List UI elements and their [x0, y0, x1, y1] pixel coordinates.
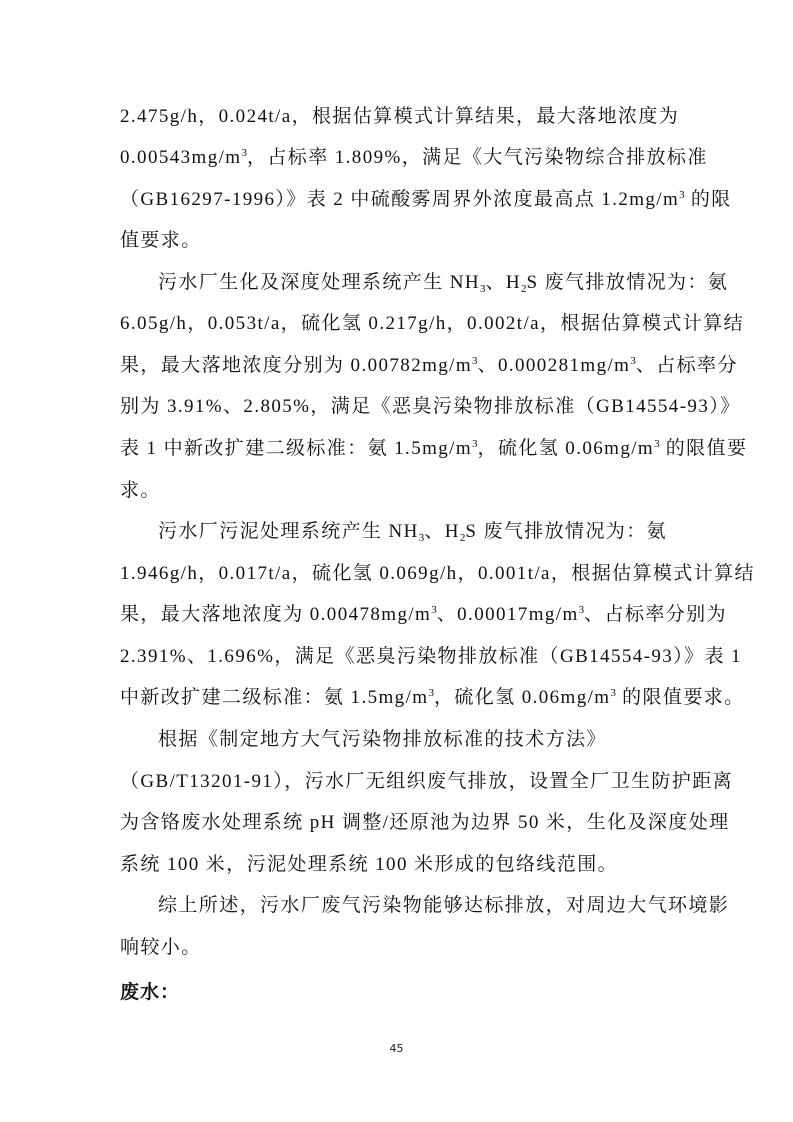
page-number: 45	[0, 1042, 793, 1055]
paragraph-line: 2.391%、1.696%，满足《恶臭污染物排放标准（GB14554-93）》表…	[120, 645, 673, 669]
paragraph-line: 表 1 中新改扩建二级标准：氨 1.5mg/m3，硫化氢 0.06mg/m3 的…	[120, 437, 673, 463]
paragraph-line: 0.00543mg/m3，占标率 1.809%，满足《大气污染物综合排放标准	[120, 146, 673, 172]
paragraph-line: 果，最大落地浓度为 0.00478mg/m3、0.00017mg/m3、占标率分…	[120, 603, 673, 629]
paragraph-line: 中新改扩建二级标准：氨 1.5mg/m3，硫化氢 0.06mg/m3 的限值要求…	[120, 686, 673, 712]
paragraph-line: 6.05g/h，0.053t/a，硫化氢 0.217g/h，0.002t/a，根…	[120, 312, 673, 336]
paragraph-line: 根据《制定地方大气污染物排放标准的技术方法》	[158, 728, 673, 752]
paragraph-line: 综上所述，污水厂废气污染物能够达标排放，对周边大气环境影	[158, 894, 673, 918]
paragraph-line: （GB16297-1996）》表 2 中硫酸雾周界外浓度最高点 1.2mg/m3…	[120, 188, 673, 214]
paragraph-line: 污水厂生化及深度处理系统产生 NH3、H2S 废气排放情况为：氨	[158, 271, 673, 297]
document-page: 2.475g/h，0.024t/a，根据估算模式计算结果，最大落地浓度为 0.0…	[0, 0, 793, 1122]
paragraph-line: 果，最大落地浓度分别为 0.00782mg/m3、0.000281mg/m3、占…	[120, 354, 673, 380]
paragraph-line: 1.946g/h，0.017t/a，硫化氢 0.069g/h，0.001t/a，…	[120, 562, 673, 586]
paragraph-line: 2.475g/h，0.024t/a，根据估算模式计算结果，最大落地浓度为	[120, 105, 673, 129]
paragraph-line: 系统 100 米，污泥处理系统 100 米形成的包络线范围。	[120, 853, 673, 877]
section-heading: 废水：	[120, 977, 180, 1004]
paragraph-line: 为含铬废水处理系统 pH 调整/还原池为边界 50 米，生化及深度处理	[120, 811, 673, 835]
paragraph-line: 污水厂污泥处理系统产生 NH3、H2S 废气排放情况为：氨	[158, 520, 673, 546]
paragraph-line: （GB/T13201-91），污水厂无组织废气排放，设置全厂卫生防护距离	[120, 770, 673, 794]
paragraph-line: 求。	[120, 479, 673, 503]
paragraph-line: 值要求。	[120, 229, 673, 253]
paragraph-line: 别为 3.91%、2.805%，满足《恶臭污染物排放标准（GB14554-93）…	[120, 395, 673, 419]
paragraph-line: 响较小。	[120, 936, 673, 960]
